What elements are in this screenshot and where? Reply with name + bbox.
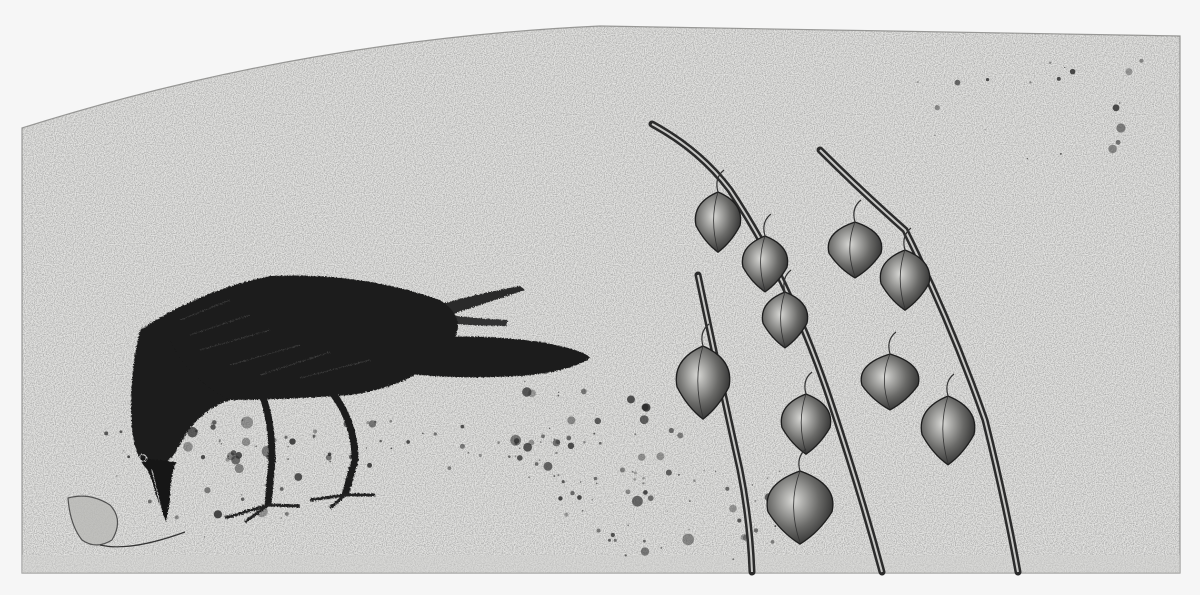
- etching-image: [0, 0, 1200, 595]
- plate: [0, 0, 1200, 595]
- artwork-canvas: [0, 0, 1200, 595]
